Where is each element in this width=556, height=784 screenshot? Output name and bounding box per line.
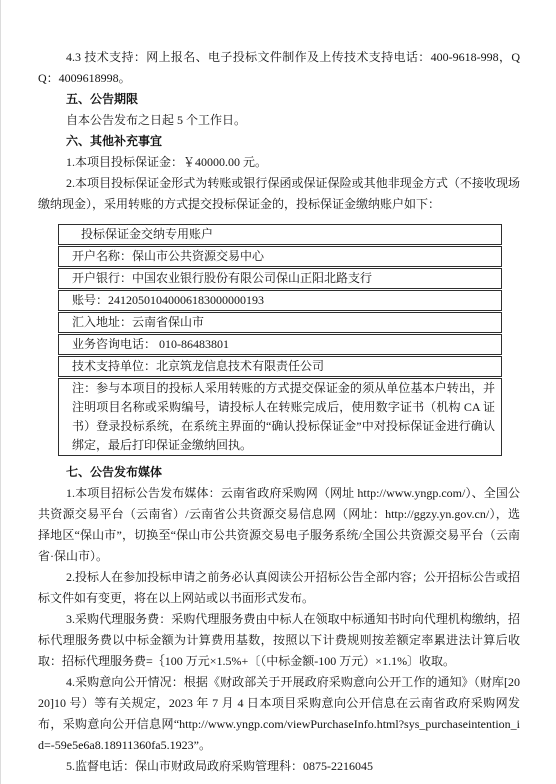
table-row: 投标保证金交纳专用账户 [58, 224, 502, 245]
table-row: 开户名称：保山市公共资源交易中心 [58, 246, 502, 267]
note-cell: 注：参与本项目的投标人采用转账的方式提交保证金的须从单位基本户转出，并注明项目名… [58, 378, 502, 456]
tech-support-unit-cell: 技术支持单位：北京筑龙信息技术有限责任公司 [58, 356, 502, 377]
table-row: 注：参与本项目的投标人采用转账的方式提交保证金的须从单位基本户转出，并注明项目名… [58, 378, 502, 456]
publish-media-paragraph: 1.本项目招标公告发布媒体：云南省政府采购网（网址 http://www.yng… [38, 483, 520, 567]
account-name-cell: 开户名称：保山市公共资源交易中心 [58, 246, 502, 267]
section-6-heading: 六、其他补充事宜 [38, 131, 520, 152]
read-notice-paragraph: 2.投标人在参加投标申请之前务必认真阅读公开招标公告全部内容；公开招标公告或招标… [38, 567, 520, 609]
account-number-cell: 账号：24120501040006183000000193 [58, 290, 502, 311]
section-5-body: 自本公告发布之日起 5 个工作日。 [38, 110, 520, 131]
supervision-phone-paragraph: 5.监督电话：保山市财政局政府采购管理科：0875-2216045 [38, 756, 520, 777]
deposit-account-table: 投标保证金交纳专用账户 开户名称：保山市公共资源交易中心 开户银行：中国农业银行… [57, 223, 503, 457]
table-row: 汇入地址：云南省保山市 [58, 312, 502, 333]
bid-deposit-amount-paragraph: 1.本项目投标保证金：￥40000.00 元。 [38, 152, 520, 173]
procurement-intention-paragraph: 4.采购意向公开情况：根据《财政部关于开展政府采购意向公开工作的通知》（财库[2… [38, 672, 520, 756]
section-5-heading: 五、公告期限 [38, 89, 520, 110]
agency-fee-paragraph: 3.采购代理服务费：采购代理服务费由中标人在领取中标通知书时向代理机构缴纳，招标… [38, 609, 520, 672]
section-7-heading: 七、公告发布媒体 [38, 462, 520, 483]
bid-deposit-form-paragraph: 2.本项目投标保证金形式为转账或银行保函或保证保险或其他非现金方式（不接收现场缴… [38, 173, 520, 215]
table-row: 技术支持单位：北京筑龙信息技术有限责任公司 [58, 356, 502, 377]
account-title-cell: 投标保证金交纳专用账户 [58, 224, 502, 245]
table-row: 账号：24120501040006183000000193 [58, 290, 502, 311]
service-phone-cell: 业务咨询电话： 010-86483801 [58, 334, 502, 355]
document-content: 4.3 技术支持：网上报名、电子投标文件制作及上传技术支持电话：400-9618… [1, 0, 556, 777]
tech-support-paragraph: 4.3 技术支持：网上报名、电子投标文件制作及上传技术支持电话：400-9618… [38, 47, 520, 89]
remit-address-cell: 汇入地址：云南省保山市 [58, 312, 502, 333]
table-row: 业务咨询电话： 010-86483801 [58, 334, 502, 355]
account-bank-cell: 开户银行：中国农业银行股份有限公司保山正阳北路支行 [58, 268, 502, 289]
document-page: 4.3 技术支持：网上报名、电子投标文件制作及上传技术支持电话：400-9618… [0, 0, 556, 784]
table-row: 开户银行：中国农业银行股份有限公司保山正阳北路支行 [58, 268, 502, 289]
